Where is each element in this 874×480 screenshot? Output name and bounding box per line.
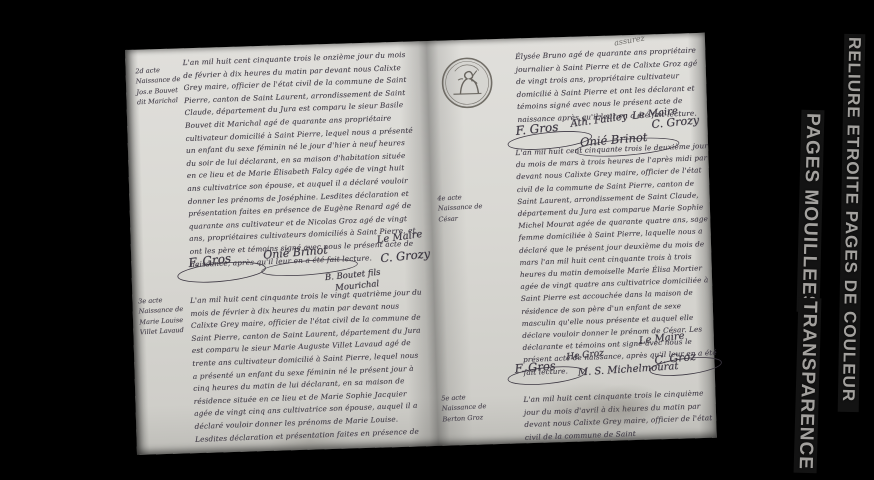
- archive-label-transparence: TRANSPARENCE: [794, 298, 822, 474]
- archive-label-pages-mouillees: PAGES MOUILLEES: [797, 110, 825, 313]
- margin-note-act4: 4e acte Naissance de César: [437, 190, 497, 224]
- act4-body: L'an mil huit cent cinquante trois le de…: [515, 140, 717, 379]
- archive-label-reliure-etroite-pages-de-couleur: RELIURE ETROITE PAGES DE COULEUR: [838, 34, 866, 412]
- margin-note-act3: 3e acte Naissance de Marie Louise Villet…: [138, 293, 194, 338]
- margin-note-act2: 2d acte Naissance de Jos.e Bouvet dit Ma…: [135, 63, 189, 107]
- right-page: assurez Élysée Bruno agé de quarante ans…: [125, 33, 705, 50]
- microfilm-scan-background: 2d acte Naissance de Jos.e Bouvet dit Ma…: [0, 0, 874, 480]
- official-stamp-icon: [439, 55, 495, 111]
- register-spread: 2d acte Naissance de Jos.e Bouvet dit Ma…: [125, 33, 717, 455]
- signature: F. Gros: [515, 120, 559, 138]
- margin-note-act5: 5e acte Naissance de Berton Groz: [441, 390, 503, 425]
- act3-body: L'an mil huit cent cinquante trois le vi…: [190, 286, 427, 446]
